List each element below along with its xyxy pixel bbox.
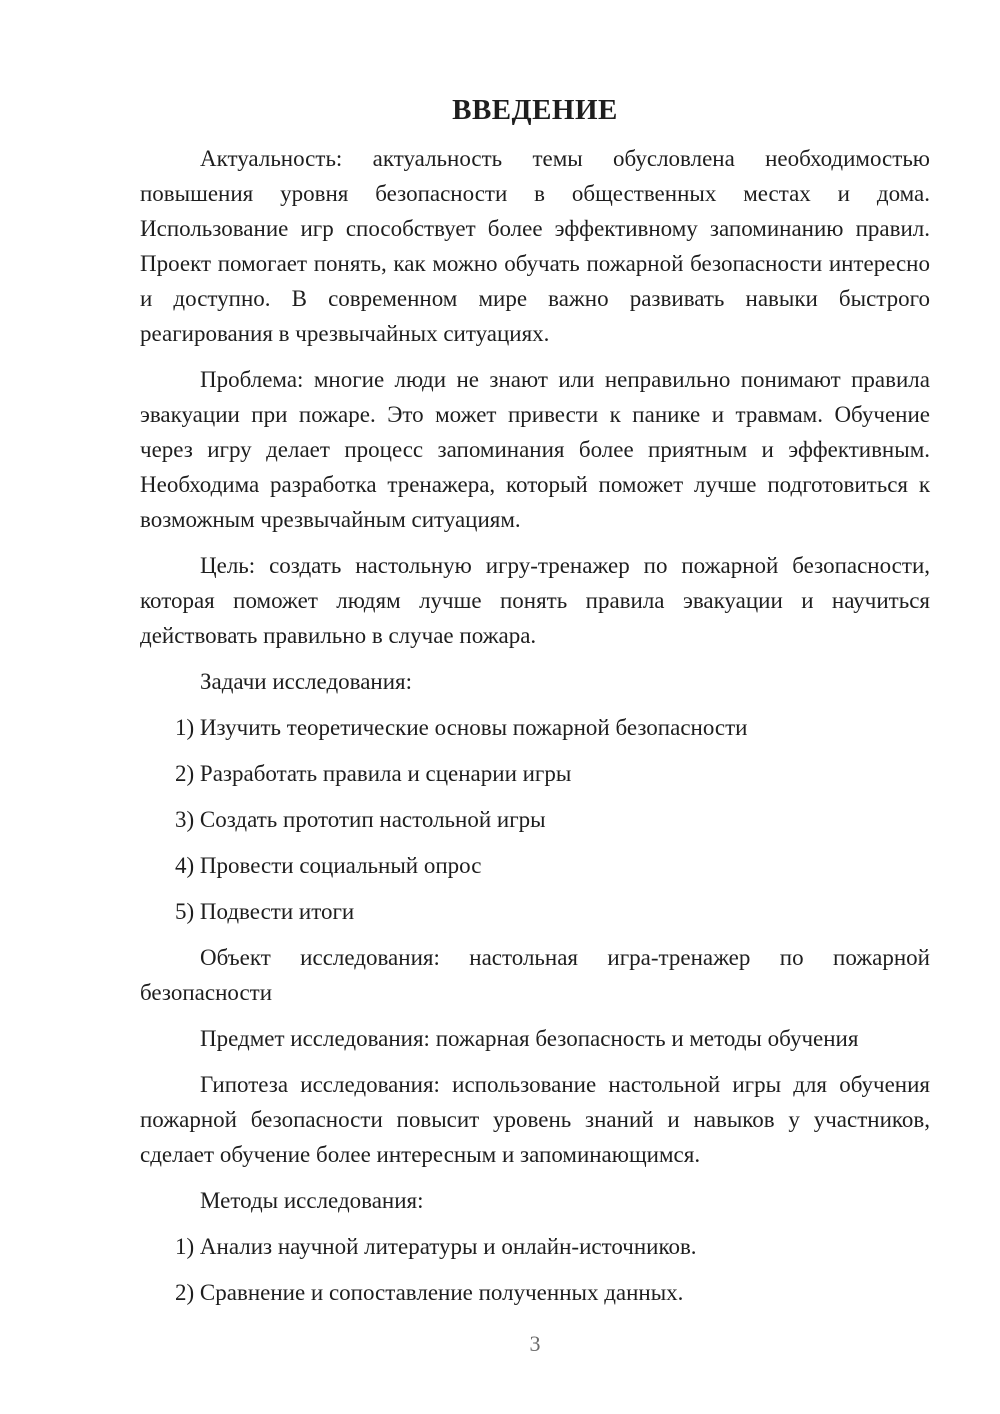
task-item-5: 5) Подвести итоги [140, 894, 930, 929]
methods-label: Методы исследования: [140, 1183, 930, 1218]
section-heading: ВВЕДЕНИЕ [140, 92, 930, 128]
task-item-4: 4) Провести социальный опрос [140, 848, 930, 883]
paragraph-subject: Предмет исследования: пожарная безопасно… [140, 1021, 930, 1056]
document-page: ВВЕДЕНИЕ Актуальность: актуальность темы… [0, 0, 1000, 1414]
paragraph-goal: Цель: создать настольную игру-тренажер п… [140, 548, 930, 653]
paragraph-hypothesis: Гипотеза исследования: использование нас… [140, 1067, 930, 1172]
document-content: ВВЕДЕНИЕ Актуальность: актуальность темы… [140, 92, 930, 1310]
method-item-2: 2) Сравнение и сопоставление полученных … [140, 1275, 930, 1310]
task-item-3: 3) Создать прототип настольной игры [140, 802, 930, 837]
paragraph-problem: Проблема: многие люди не знают или непра… [140, 362, 930, 537]
tasks-label: Задачи исследования: [140, 664, 930, 699]
method-item-1: 1) Анализ научной литературы и онлайн-ис… [140, 1229, 930, 1264]
paragraph-object: Объект исследования: настольная игра-тре… [140, 940, 930, 1010]
page-number: 3 [140, 1330, 930, 1358]
task-item-1: 1) Изучить теоретические основы пожарной… [140, 710, 930, 745]
task-item-2: 2) Разработать правила и сценарии игры [140, 756, 930, 791]
paragraph-relevance: Актуальность: актуальность темы обусловл… [140, 141, 930, 351]
